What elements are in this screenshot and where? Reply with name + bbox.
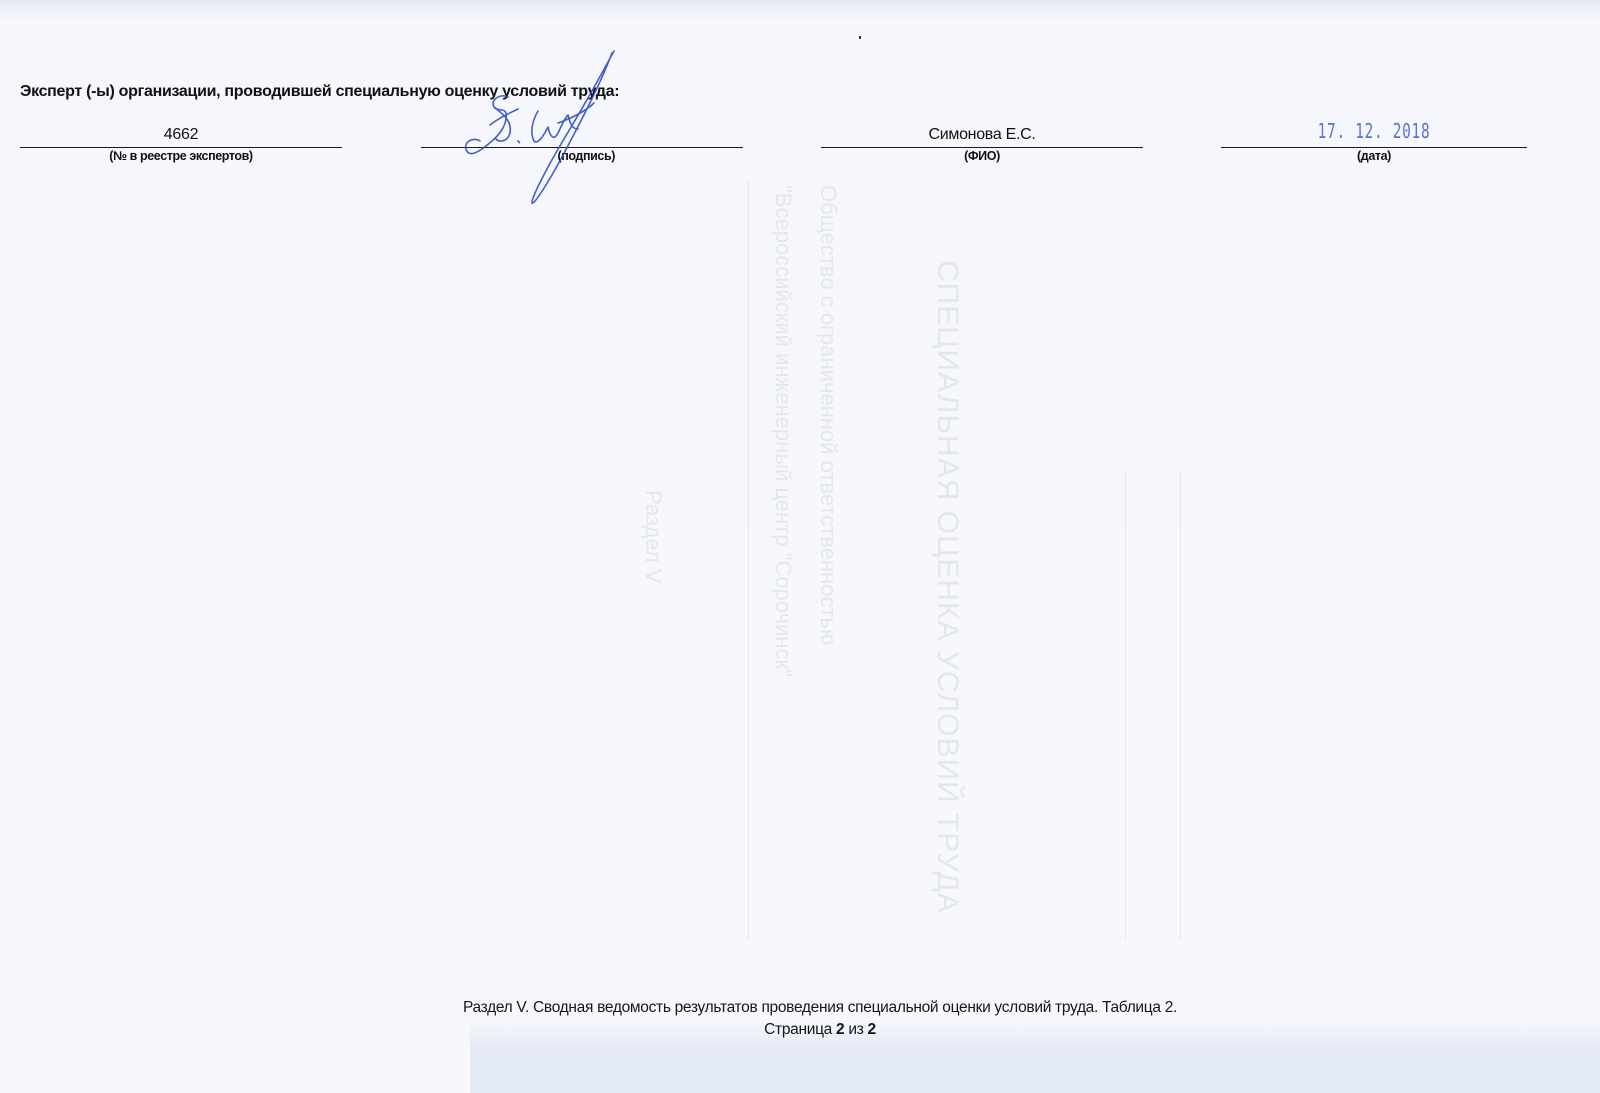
full-name-value: Симонова Е.С. bbox=[821, 126, 1143, 144]
speck bbox=[859, 36, 861, 39]
bleed-through-title: СПЕЦИАЛЬНАЯ ОЦЕНКА УСЛОВИЙ ТРУДА bbox=[930, 260, 964, 914]
registry-number-field: 4662 (№ в реестре экспертов) bbox=[20, 118, 342, 168]
full-name-caption: (ФИО) bbox=[821, 149, 1143, 163]
page-current: 2 bbox=[836, 1021, 844, 1038]
expert-heading: Эксперт (-ы) организации, проводившей сп… bbox=[20, 83, 619, 101]
bleed-through-org-name: "Всероссийский инженерный центр "Сорочин… bbox=[770, 185, 796, 677]
date-caption: (дата) bbox=[1221, 149, 1527, 163]
footer-page-number: Страница 2 из 2 bbox=[40, 1021, 1600, 1039]
full-name-field: Симонова Е.С. (ФИО) bbox=[821, 118, 1143, 168]
page-prefix: Страница bbox=[764, 1021, 832, 1038]
document-page: СПЕЦИАЛЬНАЯ ОЦЕНКА УСЛОВИЙ ТРУДА Обществ… bbox=[0, 0, 1600, 1093]
date-underline bbox=[1221, 147, 1527, 148]
bleed-through-rule bbox=[1180, 470, 1181, 940]
page-separator: из bbox=[848, 1021, 863, 1038]
registry-number-value: 4662 bbox=[20, 126, 342, 144]
signature-caption: (подпись) bbox=[421, 149, 743, 163]
date-field: 17. 12. 2018 (дата) bbox=[1221, 118, 1527, 168]
signature-underline bbox=[421, 147, 743, 148]
date-stamp-value: 17. 12. 2018 bbox=[1264, 119, 1484, 143]
bleed-through-org: Общество с ограниченной ответственностью bbox=[815, 185, 841, 646]
registry-underline bbox=[20, 147, 342, 148]
signature-field: (подпись) bbox=[421, 118, 743, 168]
bleed-through-section: Раздел V bbox=[640, 490, 666, 584]
page-total: 2 bbox=[868, 1021, 876, 1038]
registry-caption: (№ в реестре экспертов) bbox=[20, 149, 342, 163]
full-name-underline bbox=[821, 147, 1143, 148]
bleed-through-rule bbox=[748, 180, 749, 940]
footer-section-title: Раздел V. Сводная ведомость результатов … bbox=[40, 999, 1600, 1017]
bleed-through-rule bbox=[1125, 470, 1126, 940]
